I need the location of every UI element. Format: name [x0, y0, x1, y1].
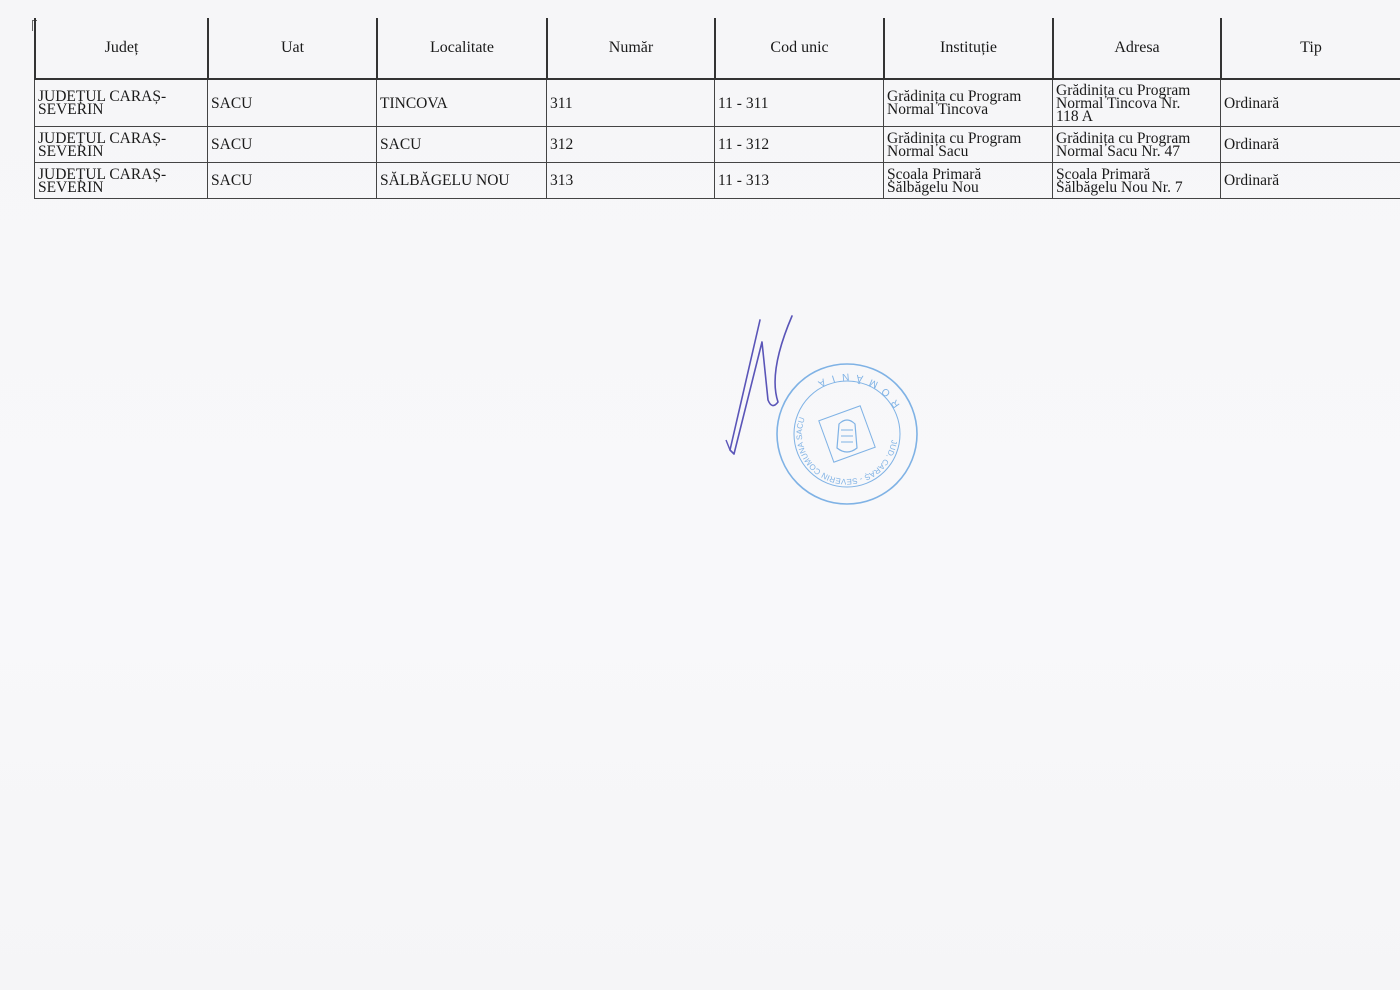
cell-uat: SACU	[207, 80, 376, 126]
cell-cod-unic: 11 - 313	[714, 163, 883, 198]
svg-text:JUD. CARAȘ - SEVERIN COMUNA SA: JUD. CARAȘ - SEVERIN COMUNA SACU	[795, 416, 899, 486]
cell-numar: 312	[546, 127, 714, 162]
cell-adresa: Grădinița cu Program Normal Tincova Nr. …	[1052, 80, 1220, 126]
cell-localitate: SACU	[376, 127, 546, 162]
cell-uat: SACU	[207, 163, 376, 198]
cell-adresa: Școala Primară Sălbăgelu Nou Nr. 7	[1052, 163, 1220, 198]
cell-tip: Ordinară	[1220, 80, 1400, 126]
cell-cod-unic: 11 - 312	[714, 127, 883, 162]
table-row: JUDEȚUL CARAȘ- SEVERIN SACU TINCOVA 311 …	[34, 80, 1400, 127]
cell-localitate: SĂLBĂGELU NOU	[376, 163, 546, 198]
header-cod-unic: Cod unic	[714, 18, 883, 78]
polling-stations-table: Județ Uat Localitate Număr Cod unic Inst…	[34, 18, 1400, 199]
header-tip: Tip	[1220, 18, 1400, 78]
table-row: JUDEȚUL CARAȘ- SEVERIN SACU SĂLBĂGELU NO…	[34, 163, 1400, 199]
cell-tip: Ordinară	[1220, 163, 1400, 198]
cell-tip: Ordinară	[1220, 127, 1400, 162]
table-row: JUDEȚUL CARAȘ- SEVERIN SACU SACU 312 11 …	[34, 127, 1400, 163]
header-institutie: Instituție	[883, 18, 1052, 78]
cell-numar: 313	[546, 163, 714, 198]
table-header: Județ Uat Localitate Număr Cod unic Inst…	[34, 18, 1400, 80]
cell-institutie: Școala Primară Sălbăgelu Nou	[883, 163, 1052, 198]
cell-localitate: TINCOVA	[376, 80, 546, 126]
header-numar: Număr	[546, 18, 714, 78]
cell-institutie: Grădinița cu Program Normal Sacu	[883, 127, 1052, 162]
cell-judet: JUDEȚUL CARAȘ- SEVERIN	[34, 127, 207, 162]
cell-judet: JUDEȚUL CARAȘ- SEVERIN	[34, 80, 207, 126]
cell-cod-unic: 11 - 311	[714, 80, 883, 126]
cell-adresa: Grădinița cu Program Normal Sacu Nr. 47	[1052, 127, 1220, 162]
header-adresa: Adresa	[1052, 18, 1220, 78]
header-judet: Județ	[34, 18, 207, 78]
header-localitate: Localitate	[376, 18, 546, 78]
scanned-page: Județ Uat Localitate Număr Cod unic Inst…	[0, 0, 1400, 990]
cell-numar: 311	[546, 80, 714, 126]
cell-uat: SACU	[207, 127, 376, 162]
cell-institutie: Grădinița cu Program Normal Tincova	[883, 80, 1052, 126]
cell-judet: JUDEȚUL CARAȘ- SEVERIN	[34, 163, 207, 198]
official-stamp-icon: ROMÂNIA JUD. CARAȘ - SEVERIN COMUNA SACU	[775, 362, 919, 506]
header-uat: Uat	[207, 18, 376, 78]
svg-text:ROMÂNIA: ROMÂNIA	[809, 371, 902, 410]
